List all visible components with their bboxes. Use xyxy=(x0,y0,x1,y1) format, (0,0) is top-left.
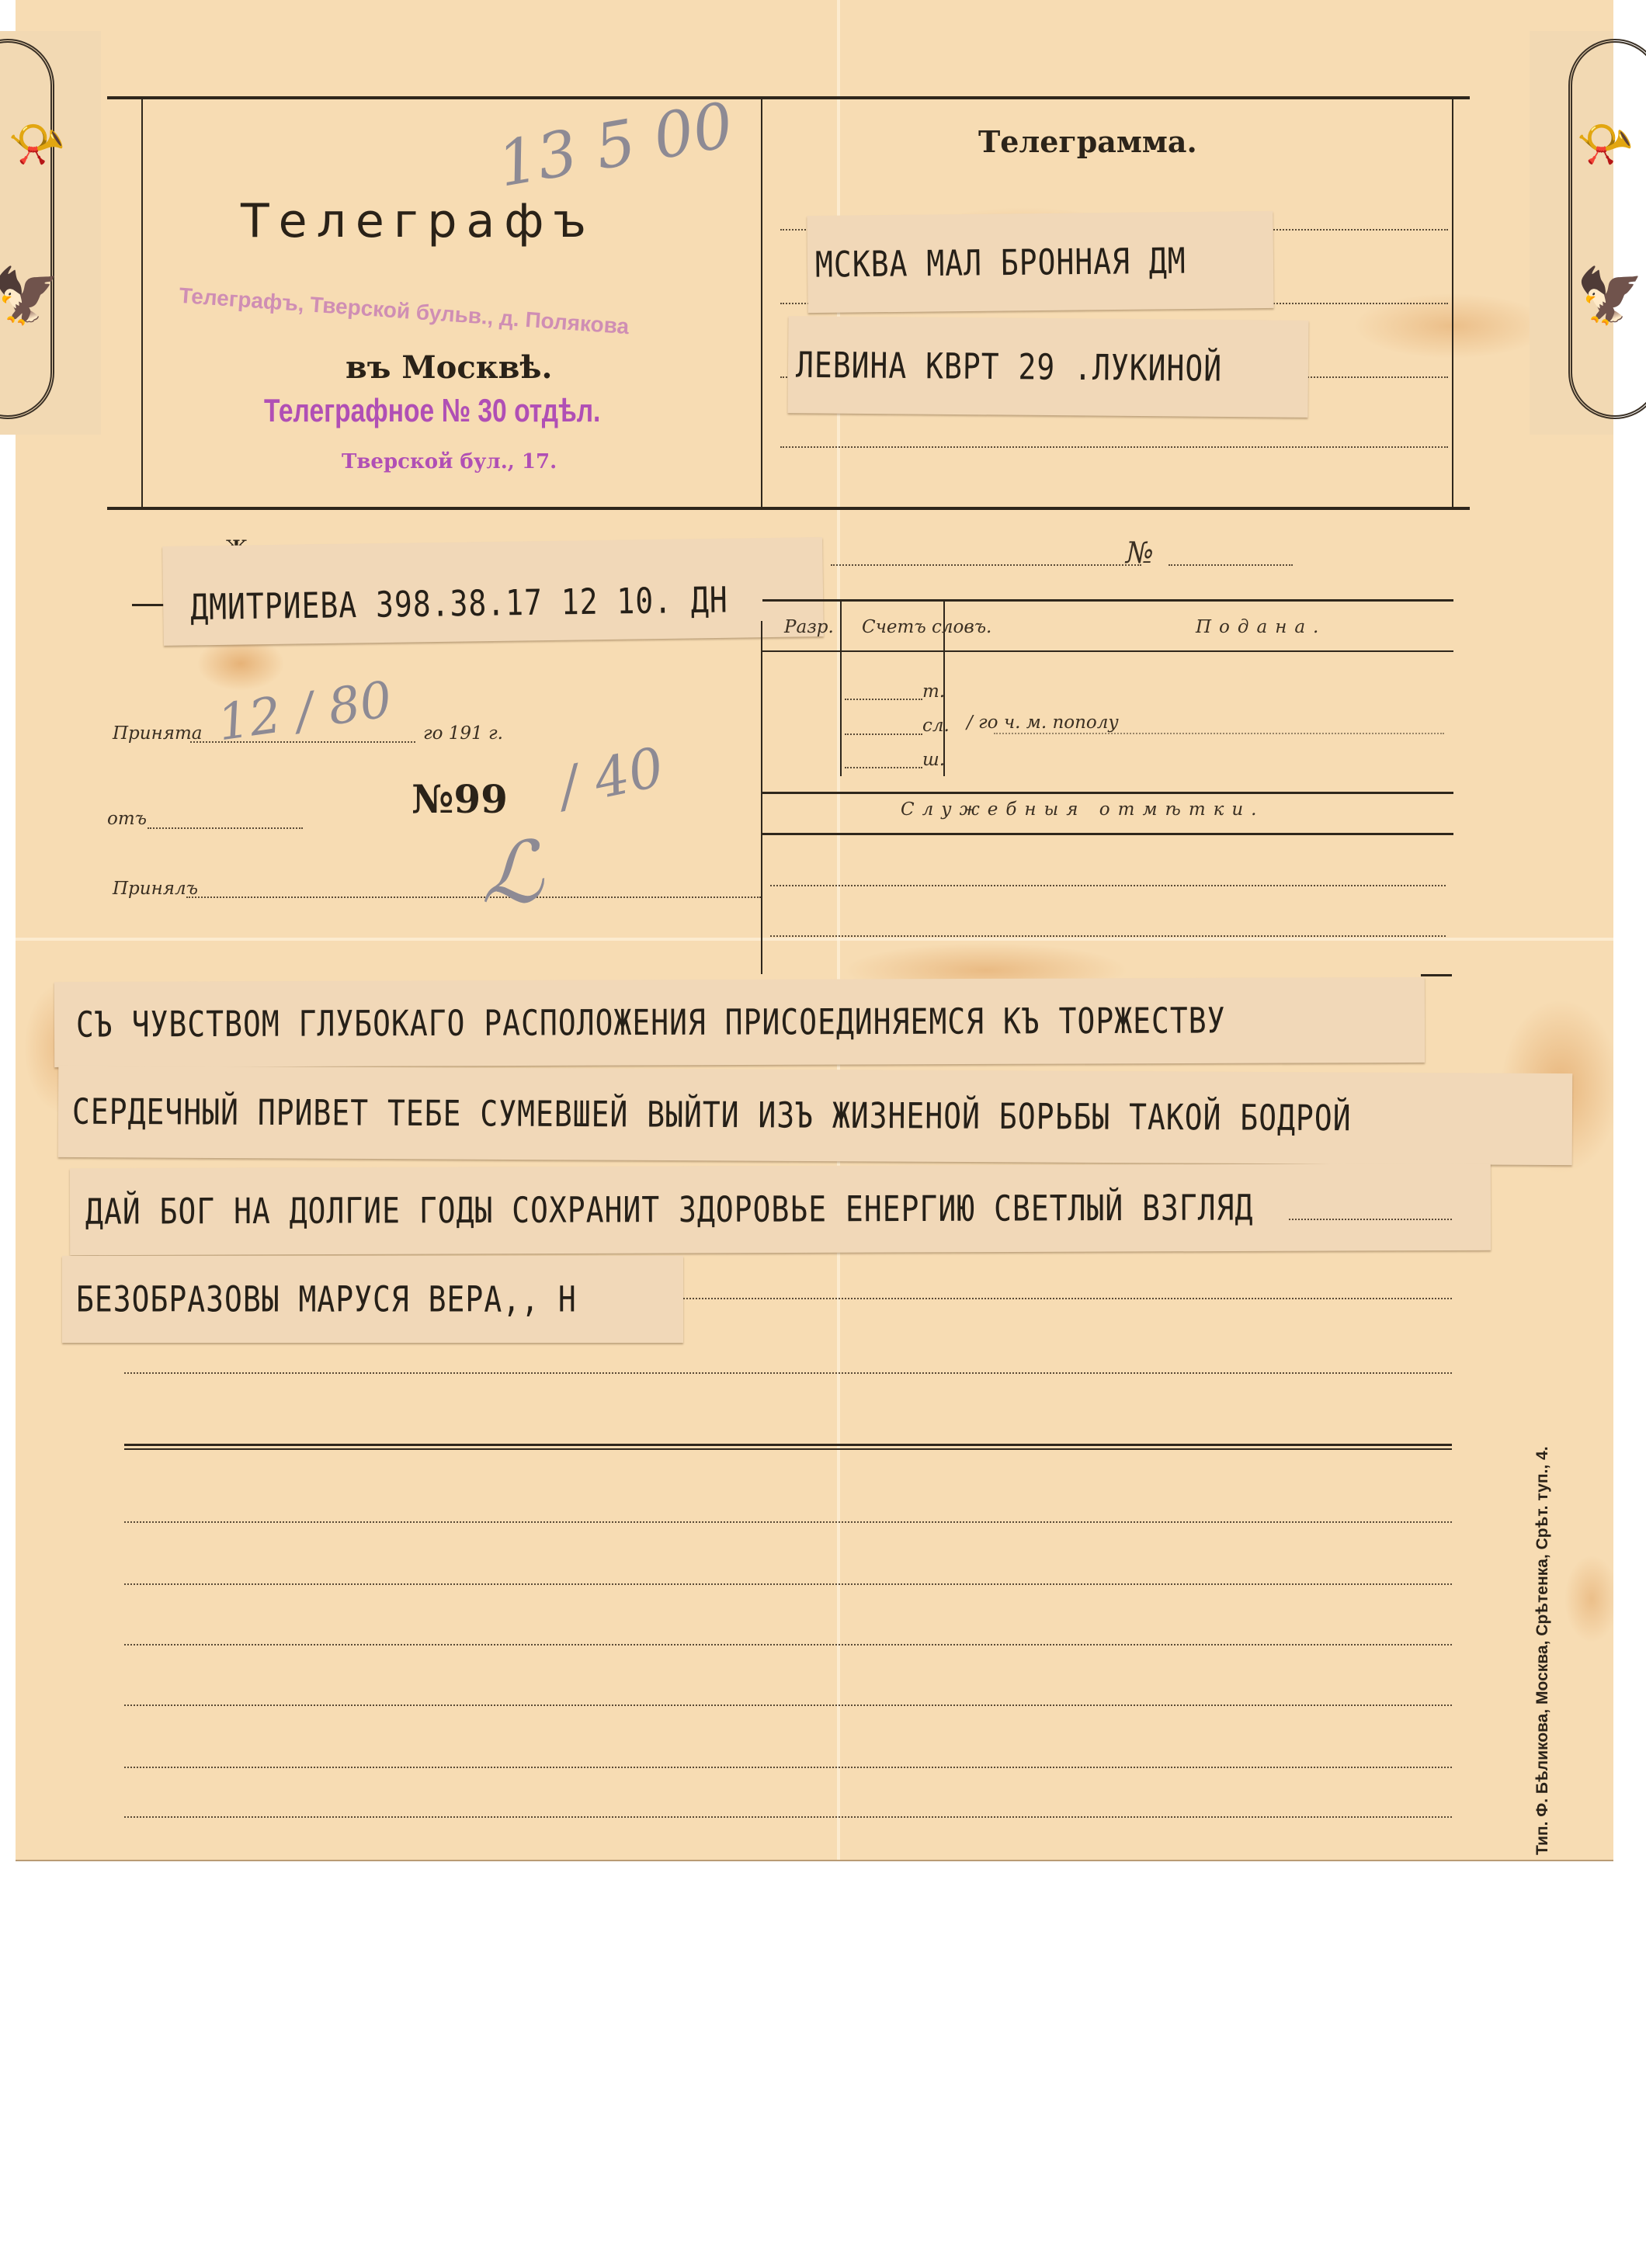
service-top-rule xyxy=(762,599,1453,602)
pencil-signature: ℒ xyxy=(481,823,543,922)
message-dotted-line xyxy=(1289,1219,1452,1220)
message-tape-2: СЕРДЕЧНЫЙ ПРИВЕТ ТЕБЕ СУМЕВШЕЙ ВЫЙТИ ИЗЪ… xyxy=(58,1066,1573,1165)
post-horn-icon: 📯 xyxy=(8,116,66,172)
fold-crease-horizontal xyxy=(16,938,1613,941)
pencil-note: 13 5 00 xyxy=(492,88,738,201)
count-unit-t: т. xyxy=(922,681,945,702)
prinyal-label: Принялъ xyxy=(113,879,198,899)
post-horn-icon: 📯 xyxy=(1576,116,1634,172)
telegraph-title: Телеграфъ xyxy=(241,194,596,248)
service-marks-line xyxy=(770,935,1446,937)
printer-imprint: Тип. Ф. Бѣликова, Москва, Срѣтенка, Срѣт… xyxy=(1533,1446,1552,1855)
blank-dotted-line xyxy=(124,1583,1452,1585)
count-unit-sh: ш. xyxy=(922,750,945,770)
telegramma-title: Телеграмма. xyxy=(978,124,1197,159)
blank-dotted-line xyxy=(124,1816,1452,1818)
message-tape-3: ДАЙ БОГ НА ДОЛГИЕ ГОДЫ СОХРАНИТ ЗДОРОВЬЕ… xyxy=(70,1163,1491,1255)
emblem-frame xyxy=(0,39,54,419)
message-dotted-line xyxy=(124,1372,1452,1374)
lower-double-rule-top xyxy=(124,1444,1452,1446)
col-header-podana: Подана. xyxy=(1196,617,1326,637)
left-emblem: 📯 🦅 xyxy=(0,31,101,435)
emblem-frame xyxy=(1568,39,1646,419)
message-line-3: ДАЙ БОГ НА ДОЛГИЕ ГОДЫ СОХРАНИТ ЗДОРОВЬЕ… xyxy=(85,1187,1253,1232)
service-marks-bottom-rule xyxy=(762,833,1453,835)
office-stamp: Телеграфное № 30 отдѣл. xyxy=(264,392,600,429)
message-tape-1: СЪ ЧУВСТВОМ ГЛУБОКАГО РАСПОЛОЖЕНИЯ ПРИСО… xyxy=(54,977,1425,1067)
col-header-razr: Разр. xyxy=(784,617,834,637)
podana-line: / го ч. м. пополу xyxy=(967,713,1119,733)
message-dotted-line xyxy=(683,1298,1452,1299)
right-emblem: 📯 🦅 xyxy=(1530,31,1613,435)
message-top-rule xyxy=(1421,974,1452,976)
origin-text: ДМИТРИЕВА 398.38.17 12 10. ДН xyxy=(190,579,728,627)
pencil-fraction: / 40 xyxy=(554,735,669,819)
blank-dotted-line xyxy=(124,1704,1452,1706)
lower-double-rule-bottom xyxy=(124,1448,1452,1450)
blank-dotted-line xyxy=(124,1767,1452,1768)
telegram-number: №99 xyxy=(411,776,508,822)
lower-center-rule xyxy=(761,621,762,974)
frame-center-rule xyxy=(761,96,762,509)
ot-label: отъ xyxy=(107,809,147,829)
address-line-2: ЛЕВИНА КВРТ 29 .ЛУКИНОЙ xyxy=(796,344,1223,389)
number-dotted-left xyxy=(831,564,1141,566)
city-line: въ Москвѣ. xyxy=(346,349,552,386)
number-field xyxy=(1169,564,1293,566)
message-line-2: СЕРДЕЧНЫЙ ПРИВЕТ ТЕБЕ СУМЕВШЕЙ ВЫЙТИ ИЗЪ… xyxy=(72,1091,1352,1139)
faint-stamp: Телеграфъ, Тверской бульв., д. Полякова xyxy=(179,283,630,339)
count-field-sh xyxy=(845,767,922,768)
number-label: № xyxy=(1126,536,1154,570)
ot-field xyxy=(148,827,303,829)
prinyal-field xyxy=(186,896,761,898)
service-marks-line xyxy=(770,885,1446,886)
count-field-t xyxy=(845,699,922,700)
message-tape-4: БЕЗОБРАЗОВЫ МАРУСЯ ВЕРА,, Н xyxy=(62,1256,683,1343)
address-tape-1: МСКВА МАЛ БРОННАЯ ДМ xyxy=(807,211,1273,313)
prinyata-label: Принята xyxy=(113,723,203,744)
address-line-1: МСКВА МАЛ БРОННАЯ ДМ xyxy=(815,240,1186,285)
podana-field xyxy=(994,733,1444,734)
frame-right-rule xyxy=(1452,96,1453,509)
count-unit-sl: сл. xyxy=(922,716,950,736)
service-marks-title: Служебныя отмѣтки. xyxy=(901,799,1265,820)
blank-dotted-line xyxy=(124,1521,1452,1523)
frame-top-rule xyxy=(107,96,1470,99)
double-headed-eagle-icon: 🦅 xyxy=(0,264,60,328)
address-dotted-line xyxy=(780,446,1448,448)
frame-header-bottom-rule xyxy=(107,507,1470,510)
blank-dotted-line xyxy=(124,1644,1452,1646)
date-suffix: го 191 г. xyxy=(423,723,503,744)
double-headed-eagle-icon: 🦅 xyxy=(1576,264,1644,328)
message-line-4: БЕЗОБРАЗОВЫ МАРУСЯ ВЕРА,, Н xyxy=(76,1279,577,1320)
telegram-form: 📯 🦅 📯 🦅 Телеграфъ 13 5 00 Телеграфъ, Тве… xyxy=(16,0,1613,1860)
origin-tape: ДМИТРИЕВА 398.38.17 12 10. ДН xyxy=(162,537,824,646)
service-marks-top-rule xyxy=(762,792,1453,794)
pencil-date: 12 / 80 xyxy=(214,671,395,753)
service-header-rule xyxy=(762,650,1453,652)
col-header-schet: Счетъ словъ. xyxy=(862,617,991,637)
count-field-sl xyxy=(845,733,922,735)
col-rule-1 xyxy=(840,602,842,776)
message-line-1: СЪ ЧУВСТВОМ ГЛУБОКАГО РАСПОЛОЖЕНИЯ ПРИСО… xyxy=(76,1000,1226,1045)
address-tape-2: ЛЕВИНА КВРТ 29 .ЛУКИНОЙ xyxy=(787,316,1308,418)
office-address-stamp: Тверской бул., 17. xyxy=(342,450,557,473)
frame-left-rule xyxy=(141,96,143,509)
